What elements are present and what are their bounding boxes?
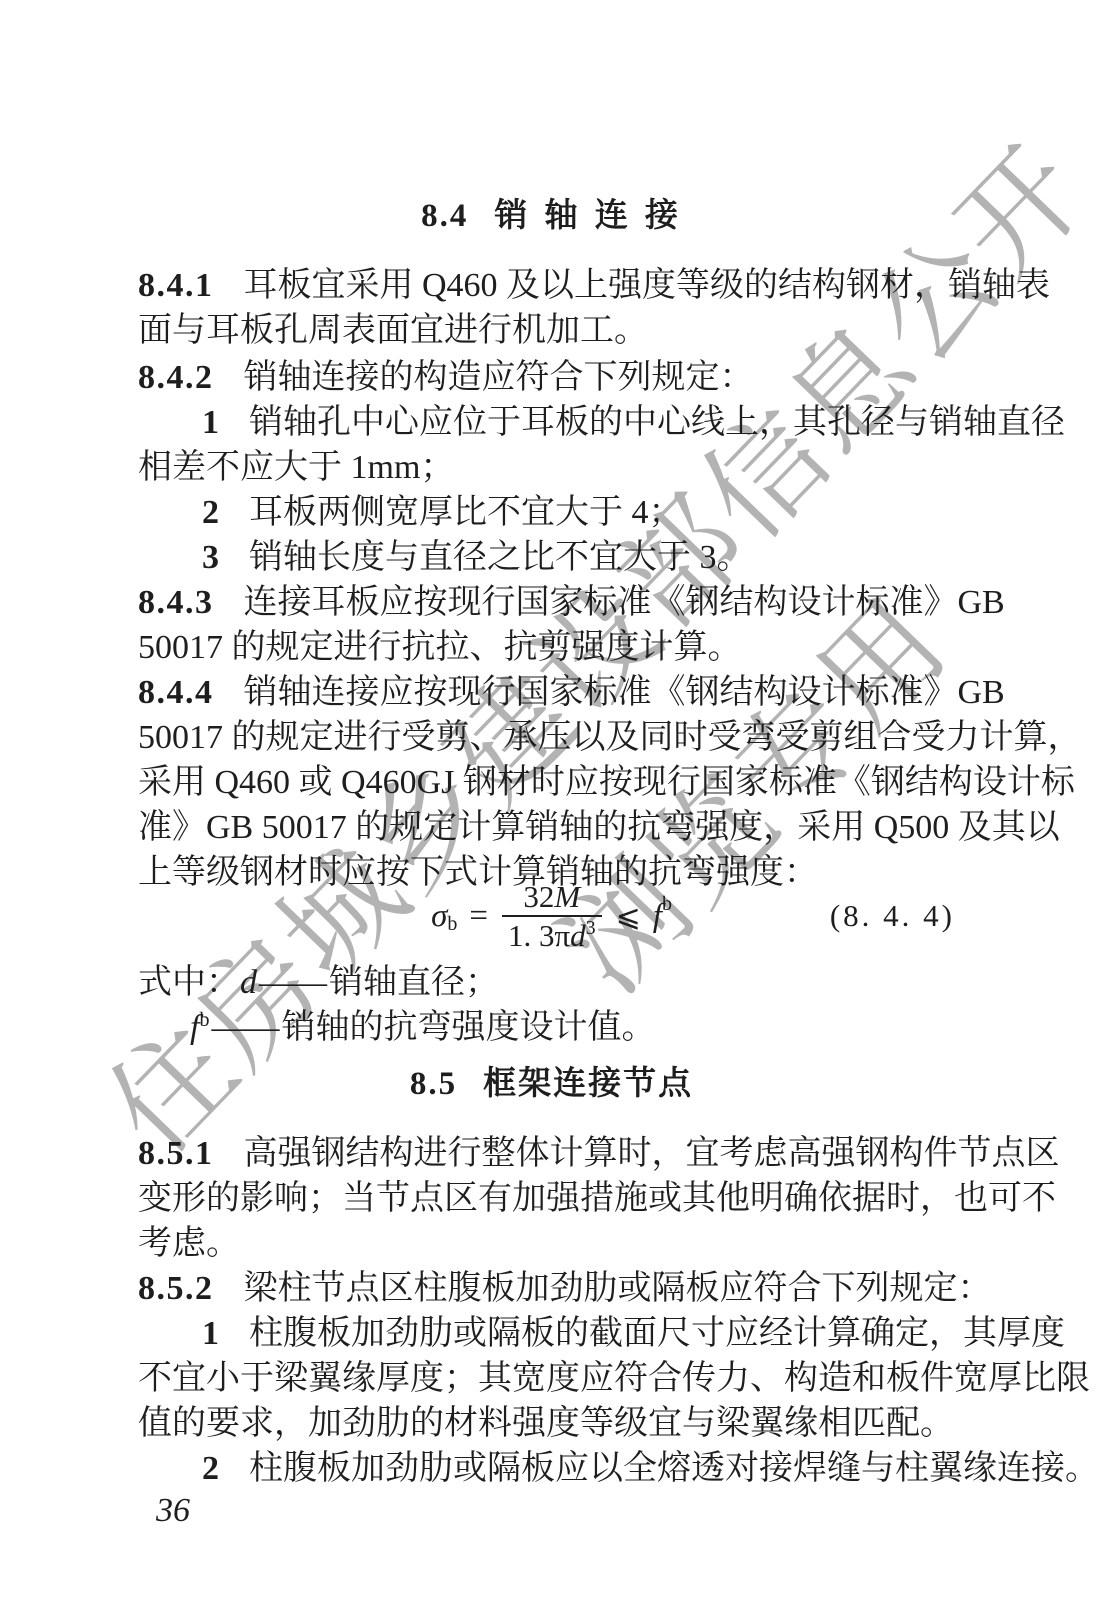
section-8-5-number: 8.5 — [410, 1066, 457, 1102]
clause-8-5-2-text: 梁柱节点区柱腹板加劲肋或隔板应符合下列规定： — [244, 1270, 992, 1307]
section-8-4-number: 8.4 — [421, 198, 468, 234]
em-dash: —— — [211, 1009, 279, 1046]
standard-document-page: 住房城乡建设部信息公开 浏览专用 8.4销 轴 连 接 8.4.1耳板宜采用 Q… — [0, 0, 1103, 1598]
clause-8-5-1-line-3: 考虑。 — [138, 1221, 240, 1266]
clause-8-4-4-number: 8.4.4 — [138, 674, 214, 711]
item-1-text: 销轴孔中心应位于耳板的中心线上，其孔径与销轴直径 — [249, 404, 1065, 441]
item-1-text: 柱腹板加劲肋或隔板的截面尺寸应经计算确定，其厚度 — [249, 1315, 1065, 1352]
clause-8-4-4-line-2: 50017 的规定进行受剪、承压以及同时受弯受剪组合受力计算， — [138, 715, 1082, 760]
clause-8-5-2-number: 8.5.2 — [138, 1270, 214, 1307]
f-description: 销轴的抗弯强度设计值。 — [281, 1009, 655, 1046]
clause-8-5-2-item-1-line-1: 1柱腹板加劲肋或隔板的截面尺寸应经计算确定，其厚度 — [138, 1311, 1065, 1356]
d-description: 销轴直径； — [329, 964, 499, 1001]
where-clause-f: fb——销轴的抗弯强度设计值。 — [138, 1005, 655, 1050]
item-2-text: 耳板两侧宽厚比不宜大于 4； — [249, 494, 683, 531]
clause-8-5-2-item-1-line-2: 不宜小于梁翼缘厚度；其宽度应符合传力、构造和板件宽厚比限 — [138, 1356, 1090, 1401]
em-dash: —— — [259, 964, 327, 1001]
item-2-number: 2 — [202, 1450, 219, 1487]
item-1-number: 1 — [202, 1315, 219, 1352]
fraction-numerator: 32M — [502, 878, 602, 915]
clause-8-4-3-line-1: 8.4.3连接耳板应按现行国家标准《钢结构设计标准》GB — [138, 580, 1005, 625]
clause-8-4-1-number: 8.4.1 — [138, 267, 214, 304]
clause-8-4-2-item-1-line-2: 相差不应大于 1mm； — [138, 445, 454, 490]
formula-8-4-4: σb = 32M 1. 3πd3 ⩽ fb (8. 4. 4) — [138, 874, 965, 958]
clause-8-4-2-item-2: 2耳板两侧宽厚比不宜大于 4； — [138, 490, 683, 535]
clause-8-5-1-number: 8.5.1 — [138, 1135, 214, 1172]
clause-8-4-2-line-1: 8.4.2销轴连接的构造应符合下列规定： — [138, 355, 754, 400]
fraction: 32M 1. 3πd3 — [502, 878, 602, 954]
clause-8-5-2-line-1: 8.5.2梁柱节点区柱腹板加劲肋或隔板应符合下列规定： — [138, 1266, 992, 1311]
page-number: 36 — [156, 1488, 190, 1533]
formula-expression: σb = 32M 1. 3πd3 ⩽ fb — [431, 878, 672, 954]
text-layer: 8.4销 轴 连 接 8.4.1耳板宜采用 Q460 及以上强度等级的结构钢材，… — [0, 0, 1103, 1598]
section-8-4-heading: 8.4销 轴 连 接 — [0, 192, 1103, 238]
where-clause-d: 式中：d——销轴直径； — [138, 960, 499, 1005]
clause-8-5-1-line-2: 变形的影响；当节点区有加强措施或其他明确依据时，也可不 — [138, 1176, 1056, 1221]
clause-8-4-2-text: 销轴连接的构造应符合下列规定： — [244, 359, 754, 396]
clause-8-4-3-line-2: 50017 的规定进行抗拉、抗剪强度计算。 — [138, 625, 742, 670]
f-superscript: b — [662, 893, 672, 916]
section-8-5-heading: 8.5框架连接节点 — [0, 1060, 1103, 1106]
sigma-symbol: σ — [431, 898, 447, 935]
item-3-number: 3 — [202, 539, 219, 576]
clause-8-4-4-line-3: 采用 Q460 或 Q460GJ 钢材时应按现行国家标准《钢结构设计标 — [138, 760, 1075, 805]
section-8-4-title: 销 轴 连 接 — [494, 196, 682, 233]
less-equal-sign: ⩽ — [616, 899, 641, 934]
clause-8-4-1-text: 耳板宜采用 Q460 及以上强度等级的结构钢材，销轴表 — [244, 267, 1051, 304]
f-symbol: f — [653, 898, 662, 935]
item-1-number: 1 — [202, 404, 219, 441]
clause-8-5-2-item-1-line-3: 值的要求，加劲肋的材料强度等级宜与梁翼缘相匹配。 — [138, 1401, 954, 1446]
clause-8-4-4-line-4: 准》GB 50017 的规定计算销轴的抗弯强度，采用 Q500 及其以 — [138, 805, 1060, 850]
clause-8-5-2-item-2: 2柱腹板加劲肋或隔板应以全熔透对接焊缝与柱翼缘连接。 — [138, 1446, 1099, 1491]
clause-8-4-1-line-2: 面与耳板孔周表面宜进行机加工。 — [138, 308, 648, 353]
item-3-text: 销轴长度与直径之比不宜大于 3。 — [249, 539, 751, 576]
where-prefix: 式中： — [138, 964, 240, 1001]
fraction-denominator: 1. 3πd3 — [502, 915, 602, 954]
clause-8-4-4-line-1: 8.4.4销轴连接应按现行国家标准《钢结构设计标准》GB — [138, 670, 1005, 715]
clause-8-4-3-text: 连接耳板应按现行国家标准《钢结构设计标准》GB — [244, 584, 1005, 621]
f-superscript: b — [199, 1009, 209, 1031]
clause-8-4-2-item-3: 3销轴长度与直径之比不宜大于 3。 — [138, 535, 751, 580]
sigma-subscript: b — [447, 913, 457, 936]
clause-8-4-2-number: 8.4.2 — [138, 359, 214, 396]
equation-number: (8. 4. 4) — [830, 874, 955, 958]
section-8-5-title: 框架连接节点 — [483, 1064, 693, 1101]
clause-8-5-1-text: 高强钢结构进行整体计算时，宜考虑高强钢构件节点区 — [244, 1135, 1060, 1172]
clause-8-4-4-text: 销轴连接应按现行国家标准《钢结构设计标准》GB — [244, 674, 1005, 711]
item-2-text: 柱腹板加劲肋或隔板应以全熔透对接焊缝与柱翼缘连接。 — [249, 1450, 1099, 1487]
item-2-number: 2 — [202, 494, 219, 531]
clause-8-5-1-line-1: 8.5.1高强钢结构进行整体计算时，宜考虑高强钢构件节点区 — [138, 1131, 1060, 1176]
clause-8-4-3-number: 8.4.3 — [138, 584, 214, 621]
clause-8-4-2-item-1-line-1: 1销轴孔中心应位于耳板的中心线上，其孔径与销轴直径 — [138, 400, 1065, 445]
equals-sign: = — [469, 898, 488, 935]
d-symbol: d — [240, 964, 257, 1001]
clause-8-4-1-line-1: 8.4.1耳板宜采用 Q460 及以上强度等级的结构钢材，销轴表 — [138, 263, 1050, 308]
